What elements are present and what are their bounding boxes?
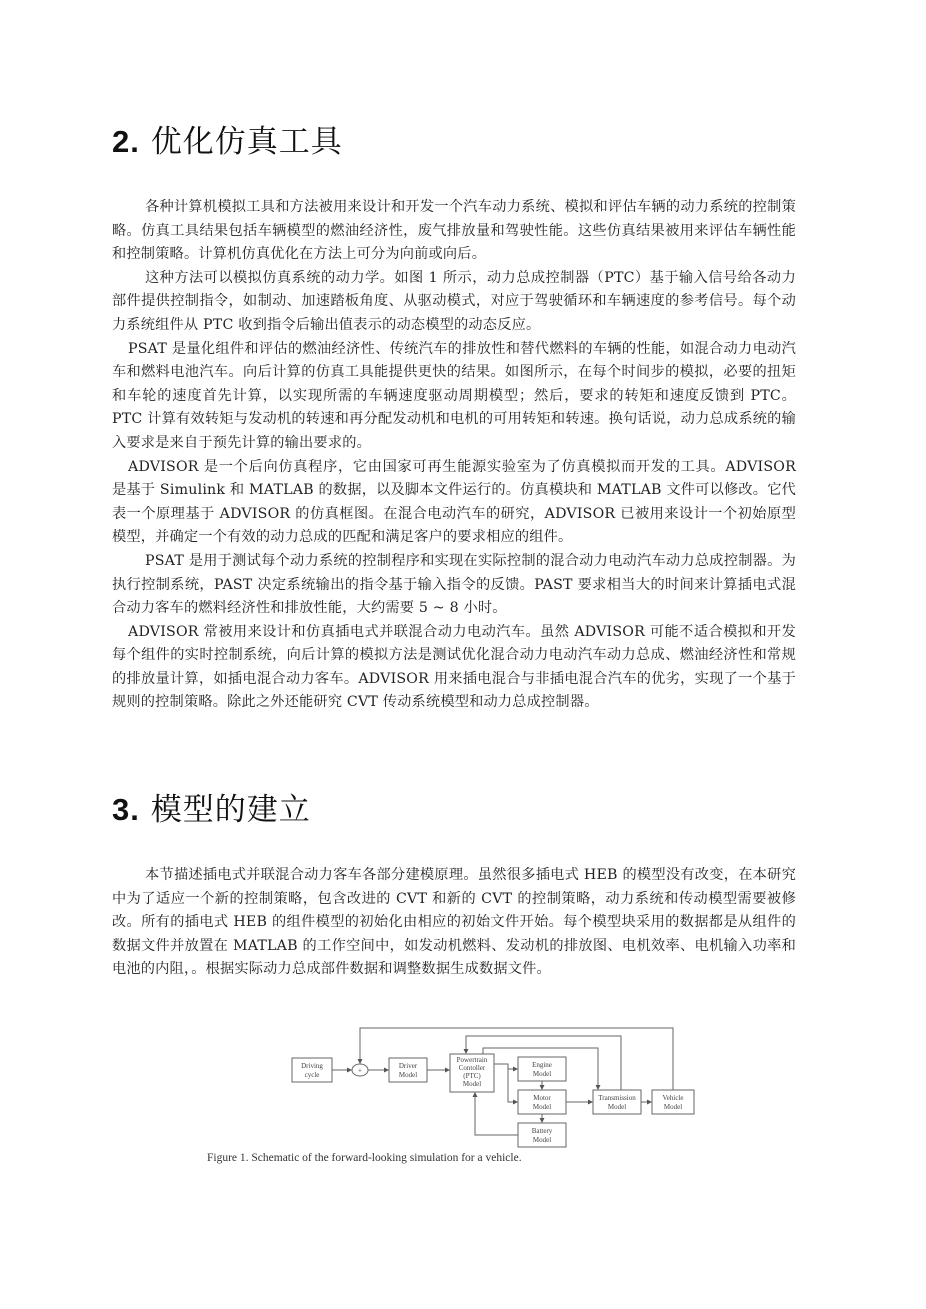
section-3-body: 本节描述插电式并联混合动力客车各部分建模原理。虽然很多插电式 HEB 的模型没有… [112,864,796,982]
svg-text:Vehicle: Vehicle [663,1094,684,1102]
svg-text:cycle: cycle [305,1071,320,1079]
paragraph: 各种计算机模拟工具和方法被用来设计和开发一个汽车动力系统、模拟和评估车辆的动力系… [112,196,796,267]
paragraph: PSAT 是用于测试每个动力系统的控制程序和实现在实际控制的混合动力电动汽车动力… [112,550,796,621]
svg-text:Battery: Battery [532,1127,553,1135]
section-heading-2: 2. 优化仿真工具 [112,122,343,162]
paragraph: 本节描述插电式并联混合动力客车各部分建模原理。虽然很多插电式 HEB 的模型没有… [112,864,796,982]
section-2-body: 各种计算机模拟工具和方法被用来设计和开发一个汽车动力系统、模拟和评估车辆的动力系… [112,196,796,715]
section-title: 模型的建立 [151,792,311,828]
svg-text:Transmission: Transmission [598,1094,636,1102]
svg-text:Model: Model [463,1080,481,1088]
svg-text:Model: Model [533,1070,551,1078]
section-heading-3: 3. 模型的建立 [112,790,311,830]
svg-text:Powertrain: Powertrain [457,1056,488,1064]
section-number: 2. [112,124,140,159]
svg-text:+: + [358,1067,362,1075]
paragraph: ADVISOR 常被用来设计和仿真插电式并联混合动力电动汽车。虽然 ADVISO… [112,621,796,715]
figure-forward-simulation-diagram: Drivingcycle + DriverModel PowertrainCon… [288,1024,698,1149]
svg-text:Contoller: Contoller [459,1064,486,1072]
svg-text:Model: Model [664,1103,682,1111]
svg-text:Engine: Engine [532,1061,552,1069]
paragraph: PSAT 是量化组件和评估的燃油经济性、传统汽车的排放性和替代燃料的车辆的性能，… [112,338,796,456]
svg-text:(PTC): (PTC) [463,1072,481,1080]
paragraph: 这种方法可以模拟仿真系统的动力学。如图 1 所示，动力总成控制器（PTC）基于输… [112,267,796,338]
svg-text:Model: Model [533,1136,551,1144]
figure-caption: Figure 1. Schematic of the forward-looki… [207,1152,522,1164]
svg-text:Driver: Driver [399,1062,418,1070]
svg-text:Model: Model [608,1103,626,1111]
section-number: 3. [112,792,140,827]
svg-text:Model: Model [399,1071,417,1079]
svg-text:Motor: Motor [533,1094,551,1102]
svg-text:Model: Model [533,1103,551,1111]
svg-text:Driving: Driving [301,1062,323,1070]
paragraph: ADVISOR 是一个后向仿真程序，它由国家可再生能源实验室为了仿真模拟而开发的… [112,456,796,550]
section-title: 优化仿真工具 [151,124,343,160]
